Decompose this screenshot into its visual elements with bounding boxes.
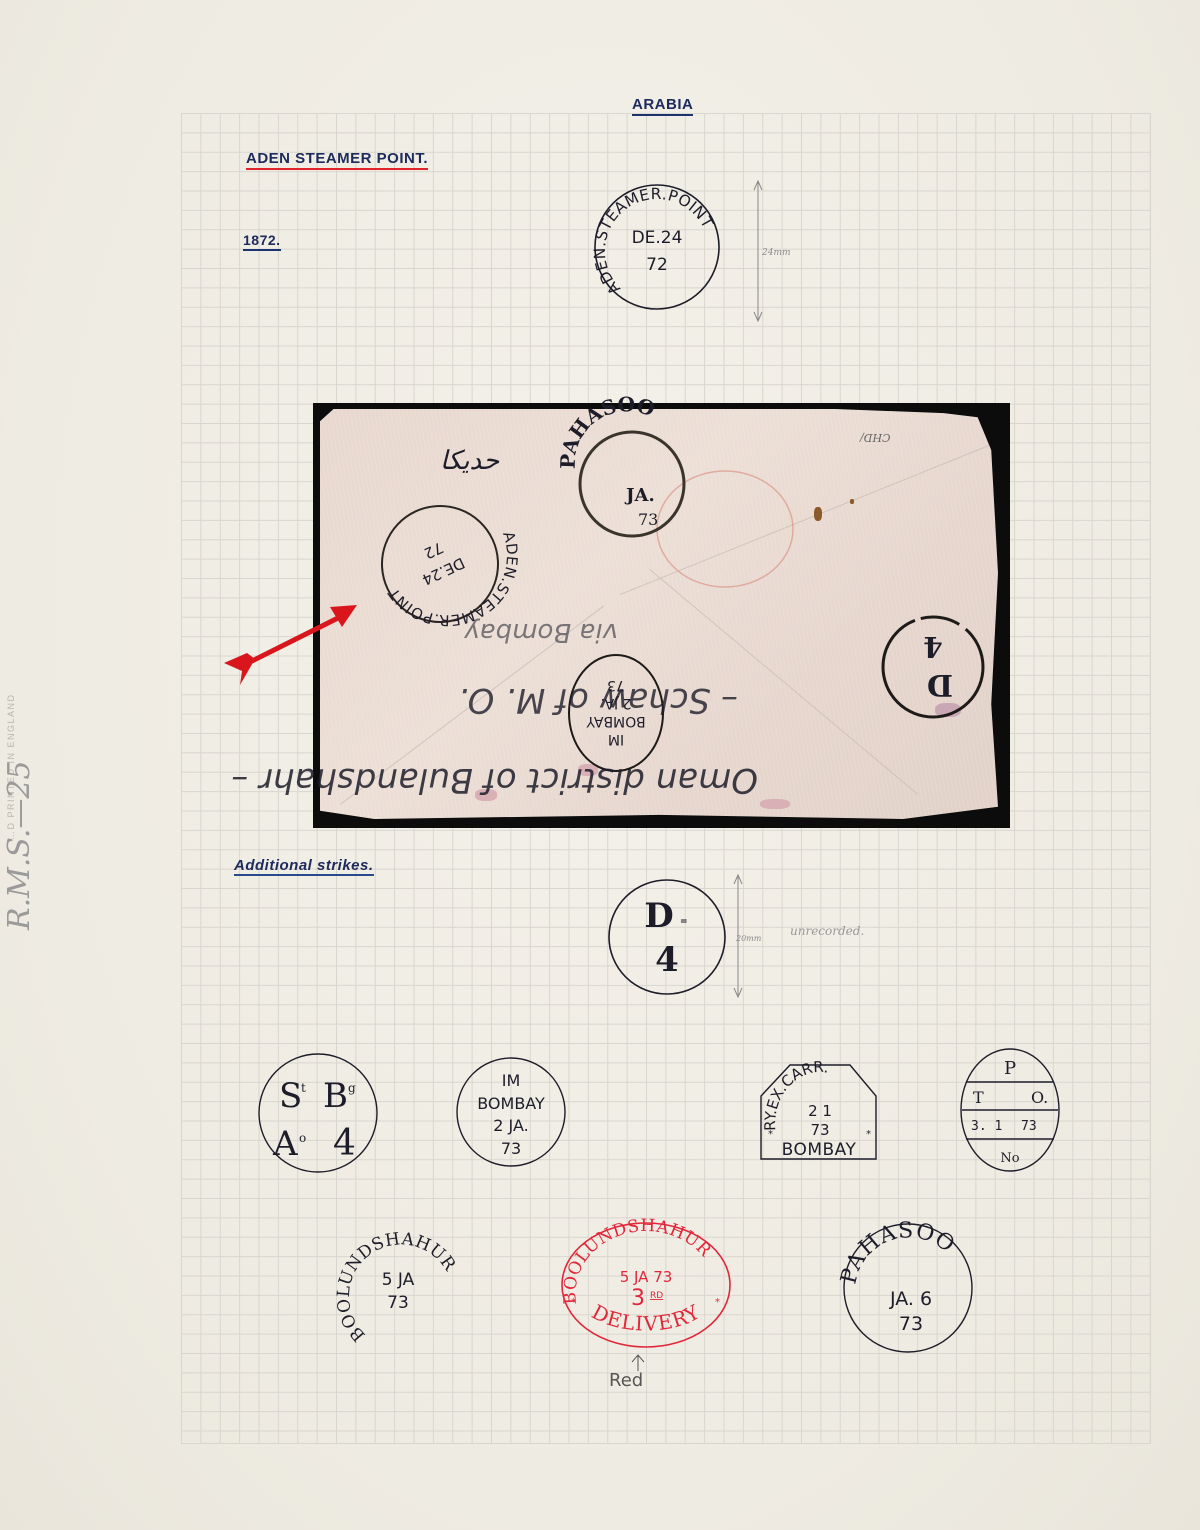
st-bg-a4-strike: S t B g A o 4 (257, 1052, 379, 1174)
svg-text:Oman district of Bulandshahr –: Oman district of Bulandshahr – (231, 760, 758, 800)
svg-text:ﺣﺪﻳﻜﺎ: ﺣﺪﻳﻜﺎ (440, 446, 500, 476)
svg-text:DE.24: DE.24 (419, 554, 467, 589)
office-heading: ADEN STEAMER POINT. (246, 150, 428, 170)
im-bombay-strike: IM BOMBAY 2 JA. 73 (455, 1056, 567, 1168)
red-pointer-arrow (222, 597, 362, 687)
svg-text:DE.24: DE.24 (632, 228, 683, 248)
country-heading: ARABIA (632, 96, 693, 116)
svg-text:– Schaw of M. O.: – Schaw of M. O. (458, 680, 738, 720)
svg-text:4: 4 (655, 940, 679, 980)
svg-text:D: D (927, 667, 953, 702)
svg-text:72: 72 (646, 255, 668, 275)
svg-text:o: o (299, 1131, 306, 1145)
svg-text:RD: RD (650, 1291, 663, 1301)
svg-text:73: 73 (638, 510, 658, 529)
svg-text:73: 73 (387, 1293, 409, 1313)
svg-text:3. 1: 3. 1 (971, 1119, 1002, 1134)
svg-text:73: 73 (810, 1121, 829, 1139)
svg-text:IM: IM (608, 731, 624, 747)
svg-text:P: P (1004, 1058, 1016, 1079)
p-to-strike: P T O. 3. 1 73 No (959, 1047, 1061, 1173)
svg-text:*: * (715, 1297, 720, 1308)
svg-text:S: S (279, 1076, 302, 1116)
svg-text:PAHASOO: PAHASOO (836, 1218, 959, 1286)
svg-text:JA.: JA. (624, 485, 655, 506)
boolundshahur-strike: BOOLUNDSHAHUR 5 JA 73 (336, 1220, 466, 1350)
unrecorded-note: unrecorded. (790, 924, 864, 938)
additional-strikes-heading: Additional strikes. (234, 857, 374, 876)
svg-text:D: D (644, 896, 673, 936)
margin-pencil-note: R.M.S.—25 (2, 930, 172, 965)
svg-text:JA. 6: JA. 6 (889, 1288, 932, 1310)
year-heading: 1872. (243, 232, 281, 251)
svg-text:73: 73 (899, 1313, 923, 1335)
measurement-label: 24mm (762, 248, 791, 258)
svg-text:via Bombay: via Bombay (464, 617, 618, 647)
ry-ex-carr-bombay-strike: RY.EX.CARR. * * 2 1 73 BOMBAY (758, 1064, 882, 1164)
svg-text:4: 4 (923, 630, 942, 663)
svg-text:O.: O. (1031, 1088, 1048, 1107)
svg-text:*: * (571, 1297, 576, 1308)
svg-text:A: A (272, 1124, 298, 1164)
measurement-label-20mm: 20mm (736, 934, 761, 943)
svg-text:2 1: 2 1 (808, 1102, 832, 1120)
svg-text:BOMBAY: BOMBAY (477, 1094, 545, 1113)
svg-text:No: No (1000, 1151, 1019, 1166)
aden-steamer-point-datestamp: ADEN.STEAMER.POINT DE.24 72 (592, 182, 722, 312)
svg-text:2 JA.: 2 JA. (493, 1116, 528, 1135)
red-color-note: Red (609, 1370, 643, 1391)
svg-text:3: 3 (631, 1286, 645, 1311)
svg-text:5 JA 73: 5 JA 73 (620, 1268, 673, 1286)
svg-text:=: = (680, 917, 688, 927)
svg-text:DELIVERY: DELIVERY (588, 1300, 704, 1336)
pahasoo-strike: PAHASOO JA. 6 73 (841, 1221, 975, 1355)
svg-text:*: * (768, 1129, 773, 1140)
boolundshahur-3rd-delivery-strike: BOOLUNDSHAHUR DELIVERY * * 5 JA 73 3 RD (559, 1219, 733, 1349)
svg-text:IM: IM (502, 1071, 521, 1090)
svg-text:*: * (866, 1129, 871, 1140)
svg-text:B: B (323, 1076, 348, 1116)
svg-text:72: 72 (421, 538, 446, 562)
svg-text:73: 73 (501, 1139, 521, 1158)
svg-text:4: 4 (333, 1123, 356, 1164)
svg-text:t: t (301, 1081, 306, 1095)
d4-strike: D = 4 (607, 877, 727, 997)
svg-text:73: 73 (1021, 1119, 1037, 1134)
svg-text:g: g (348, 1081, 356, 1095)
cover-markings: . PAHASOO JA. 73 ADEN.STEAMER.POINT DE.2… (320, 409, 998, 819)
svg-text:5 JA: 5 JA (382, 1270, 415, 1290)
svg-text:T: T (973, 1088, 984, 1107)
svg-text:BOMBAY: BOMBAY (782, 1140, 857, 1160)
